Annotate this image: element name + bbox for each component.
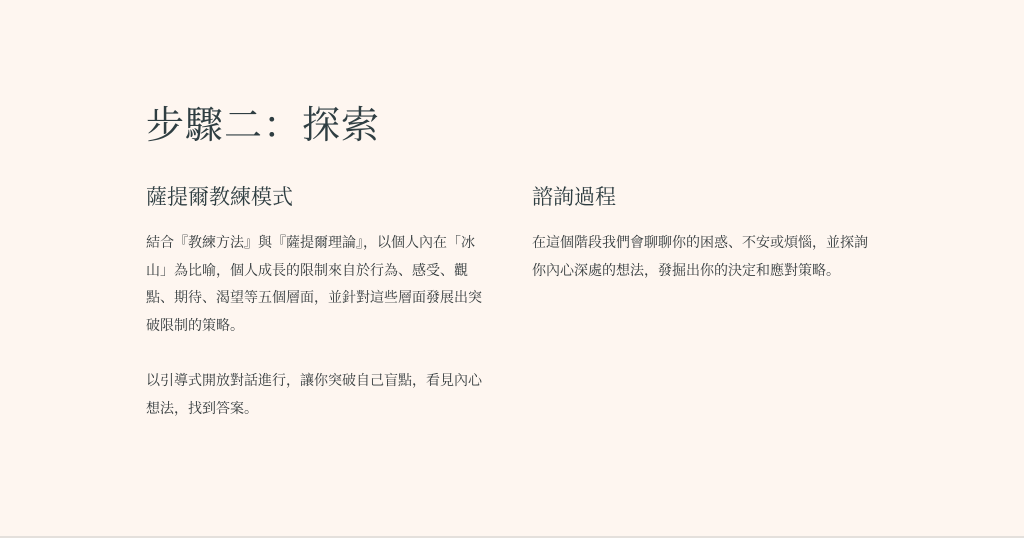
- satir-coaching-section: 薩提爾教練模式 結合『教練方法』與『薩提爾理論』，以個人內在「冰山」為比喻，個人…: [146, 182, 486, 423]
- page-root: 步驟二：探索 薩提爾教練模式 結合『教練方法』與『薩提爾理論』，以個人內在「冰山…: [0, 0, 1024, 538]
- consultation-process-section: 諮詢過程 在這個階段我們會聊聊你的困惑、不安或煩惱，並探詢你內心深處的想法，發掘…: [532, 182, 872, 285]
- section-paragraph: 在這個階段我們會聊聊你的困惑、不安或煩惱，並探詢你內心深處的想法，發掘出你的決定…: [532, 230, 868, 285]
- section-paragraph: 以引導式開放對話進行，讓你突破自己盲點，看見內心想法，找到答案。: [146, 368, 482, 423]
- section-heading: 諮詢過程: [532, 182, 872, 212]
- section-paragraph: 結合『教練方法』與『薩提爾理論』，以個人內在「冰山」為比喻，個人成長的限制來自於…: [146, 230, 482, 340]
- section-heading: 薩提爾教練模式: [146, 182, 486, 212]
- page-title: 步驟二：探索: [146, 100, 380, 150]
